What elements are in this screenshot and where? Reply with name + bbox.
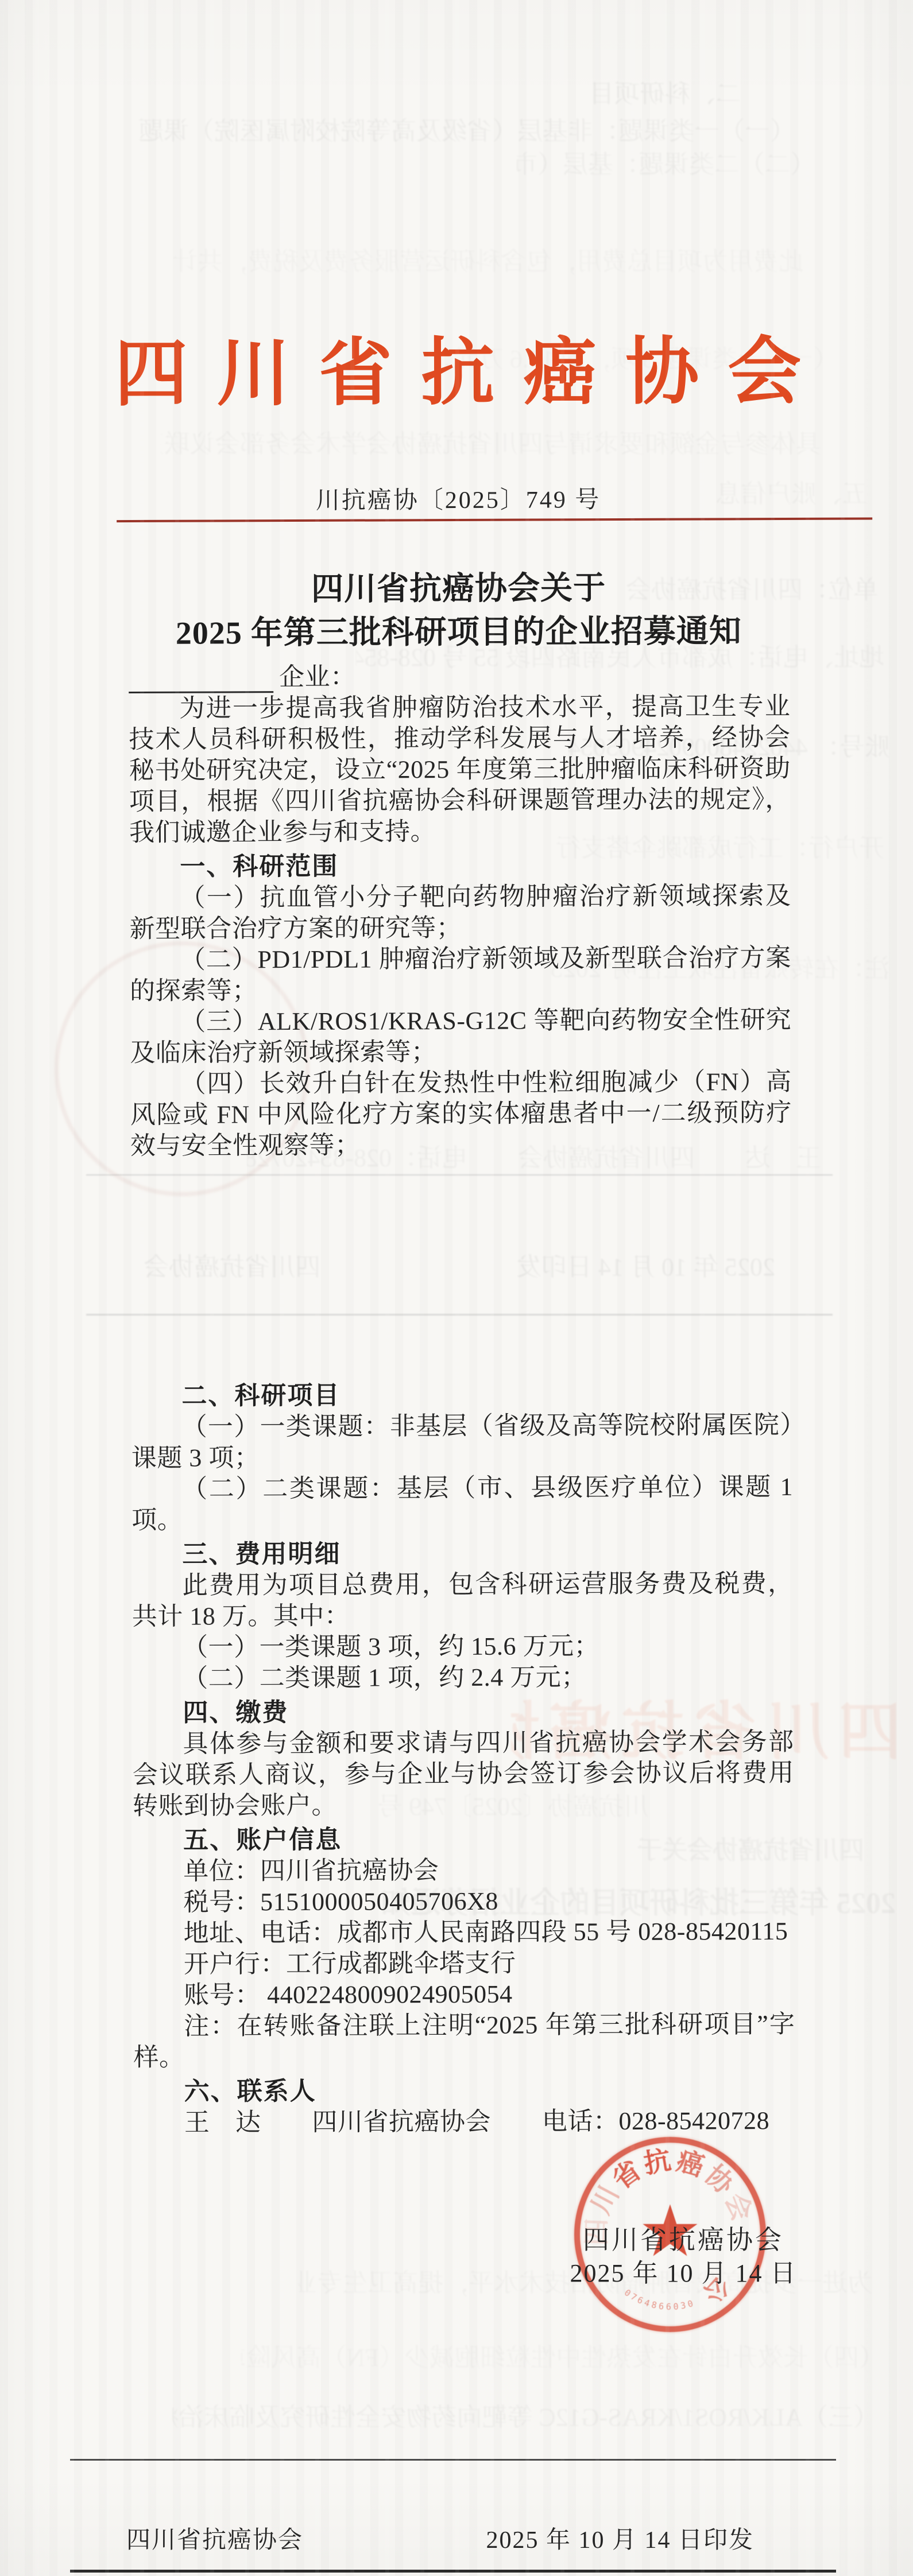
salutation-underline xyxy=(129,668,273,693)
page1-body: 企业： 为进一步提高我省肿瘤防治技术水平，提高卫生专业技术人员科研积极性，推动学… xyxy=(129,660,792,1162)
research-scope-item-4: （四）长效升白针在发热性中性粒细胞减少（FN）高风险或 FN 中风险化疗方案的实… xyxy=(130,1066,792,1162)
section-heading-projects: 二、科研项目 xyxy=(131,1379,792,1412)
seal-code-digit: 6 xyxy=(658,2301,664,2312)
section-heading-account: 五、账户信息 xyxy=(133,1823,794,1856)
account-line-address: 地址、电话：成都市人民南路四段 55 号 028-85420115 xyxy=(133,1916,795,1949)
footer-rule-bottom xyxy=(70,2570,836,2573)
masthead-title: 四川省抗癌协会 xyxy=(1,312,913,421)
seal-code-digit: 3 xyxy=(680,2300,687,2311)
bleedthrough-text: （四）长效升白针在发热性中性粒细胞减少（FN）高风险或 FN 中风险化疗方案的实… xyxy=(241,2343,884,2373)
page2-body: 二、科研项目 （一）一类课题：非基层（省级及高等院校附属医院）课题 3 项； （… xyxy=(131,1375,795,2139)
page-front: 四川省抗癌协会 川抗癌协〔2025〕749 号 四川省抗癌协会关于 2025 年… xyxy=(0,0,913,2)
bleedthrough-text: 二、科研项目 xyxy=(568,79,741,110)
account-line-taxid: 税号：5151000050405706X8 xyxy=(133,1885,794,1918)
signature-date: 2025 年 10 月 14 日 xyxy=(525,2252,841,2289)
bleedthrough-text: 此费用为项目总费用，包含科研运营服务费及税费，共计 18 万。其中： xyxy=(172,247,804,277)
bleedthrough-text: 具体参与金额和要求请与四川省抗癌协会学术会务部会议联系人商议，参与企业与协会签订… xyxy=(161,429,821,460)
signature-organization: 四川省抗癌协会 xyxy=(534,2219,833,2257)
project-item-2: （二）二类课题：基层（市、县级医疗单位）课题 1 项。 xyxy=(131,1472,793,1536)
bleedthrough-text: （二）二类课题：基层（市、县级医疗单位）课题 1 项。 xyxy=(517,150,815,180)
bleedthrough-text: （三）ALK/ROS1/KRAS-G12C 等靶向药物安全性研究及临床治疗新领域… xyxy=(172,2403,879,2433)
document-title-line1: 四川省抗癌协会关于 xyxy=(2,565,913,612)
section-heading-payment: 四、缴费 xyxy=(132,1696,794,1729)
document-title-line2: 2025 年第三批科研项目的企业招募通知 xyxy=(2,609,913,656)
section-heading-contact: 六、联系人 xyxy=(134,2074,795,2108)
bleedthrough-footer-date: 2025 年 10 月 14 日印发 xyxy=(516,1252,775,1283)
bleedthrough-text: （一）一类课题：非基层（省级及高等院校附属医院）课题 3 项； xyxy=(135,117,795,147)
footer-rule-top xyxy=(70,2459,836,2461)
research-scope-item-2: （二）PD1/PDL1 肿瘤治疗新领域及新型联合治疗方案的探索等； xyxy=(130,942,791,1007)
project-item-1: （一）一类课题：非基层（省级及高等院校附属医院）课题 3 项； xyxy=(131,1410,793,1474)
fee-lead-paragraph: 此费用为项目总费用，包含科研运营服务费及税费，共计 18 万。其中： xyxy=(132,1568,794,1632)
bleedthrough-footer-issuer: 四川省抗癌协会 xyxy=(144,1252,320,1283)
salutation-row: 企业： xyxy=(129,660,790,693)
intro-paragraph: 为进一步提高我省肿瘤防治技术水平，提高卫生专业技术人员科研积极性，推动学科发展与… xyxy=(129,691,791,848)
bleedthrough-rule xyxy=(86,1174,833,1176)
account-line-bank: 开户行：工行成都跳伞塔支行 xyxy=(133,1947,795,1980)
fee-item-1: （一）一类课题 3 项，约 15.6 万元； xyxy=(132,1630,794,1663)
seal-code-digit: 0 xyxy=(673,2301,679,2312)
bleedthrough-rule xyxy=(86,1314,833,1316)
footer-issuer: 四川省抗癌协会 xyxy=(126,2521,303,2555)
seal-code-digit: 6 xyxy=(666,2302,671,2312)
seal-code-digit: 0 xyxy=(686,2298,694,2310)
research-scope-item-1: （一）抗血管小分子靶向药物肿瘤治疗新领域探索及新型联合治疗方案的研究等； xyxy=(129,880,791,945)
payment-paragraph: 具体参与金额和要求请与四川省抗癌协会学术会务部会议联系人商议，参与企业与协会签订… xyxy=(133,1727,795,1822)
account-line-unit: 单位：四川省抗癌协会 xyxy=(133,1854,794,1887)
research-scope-item-3: （三）ALK/ROS1/KRAS-G12C 等靶向药物安全性研究及临床治疗新领域… xyxy=(130,1004,791,1069)
section-heading-fees: 三、费用明细 xyxy=(131,1537,793,1570)
account-line-number: 账号： 4402248009024905054 xyxy=(133,1978,795,2011)
fee-item-2: （二）二类课题 1 项，约 2.4 万元； xyxy=(132,1661,794,1694)
document-title: 四川省抗癌协会关于 2025 年第三批科研项目的企业招募通知 xyxy=(2,565,913,656)
footer-row: 四川省抗癌协会 2025 年 10 月 14 日印发 xyxy=(126,2521,790,2555)
red-separator-rule xyxy=(117,517,872,522)
seal-code-digit: 8 xyxy=(651,2299,658,2311)
section-heading-research-scope: 一、科研范围 xyxy=(129,849,791,883)
bleedthrough-footer: 2025 年 10 月 14 日印发 四川省抗癌协会 xyxy=(144,1252,775,1283)
document-number: 川抗癌协〔2025〕749 号 xyxy=(2,479,913,517)
account-line-note: 注：在转账备注联上注明“2025 年第三批科研项目”字样。 xyxy=(133,2009,795,2073)
salutation-label: 企业： xyxy=(279,662,356,693)
footer-print-date: 2025 年 10 月 14 日印发 xyxy=(486,2521,790,2555)
seal-code-digit: 4 xyxy=(643,2297,651,2309)
